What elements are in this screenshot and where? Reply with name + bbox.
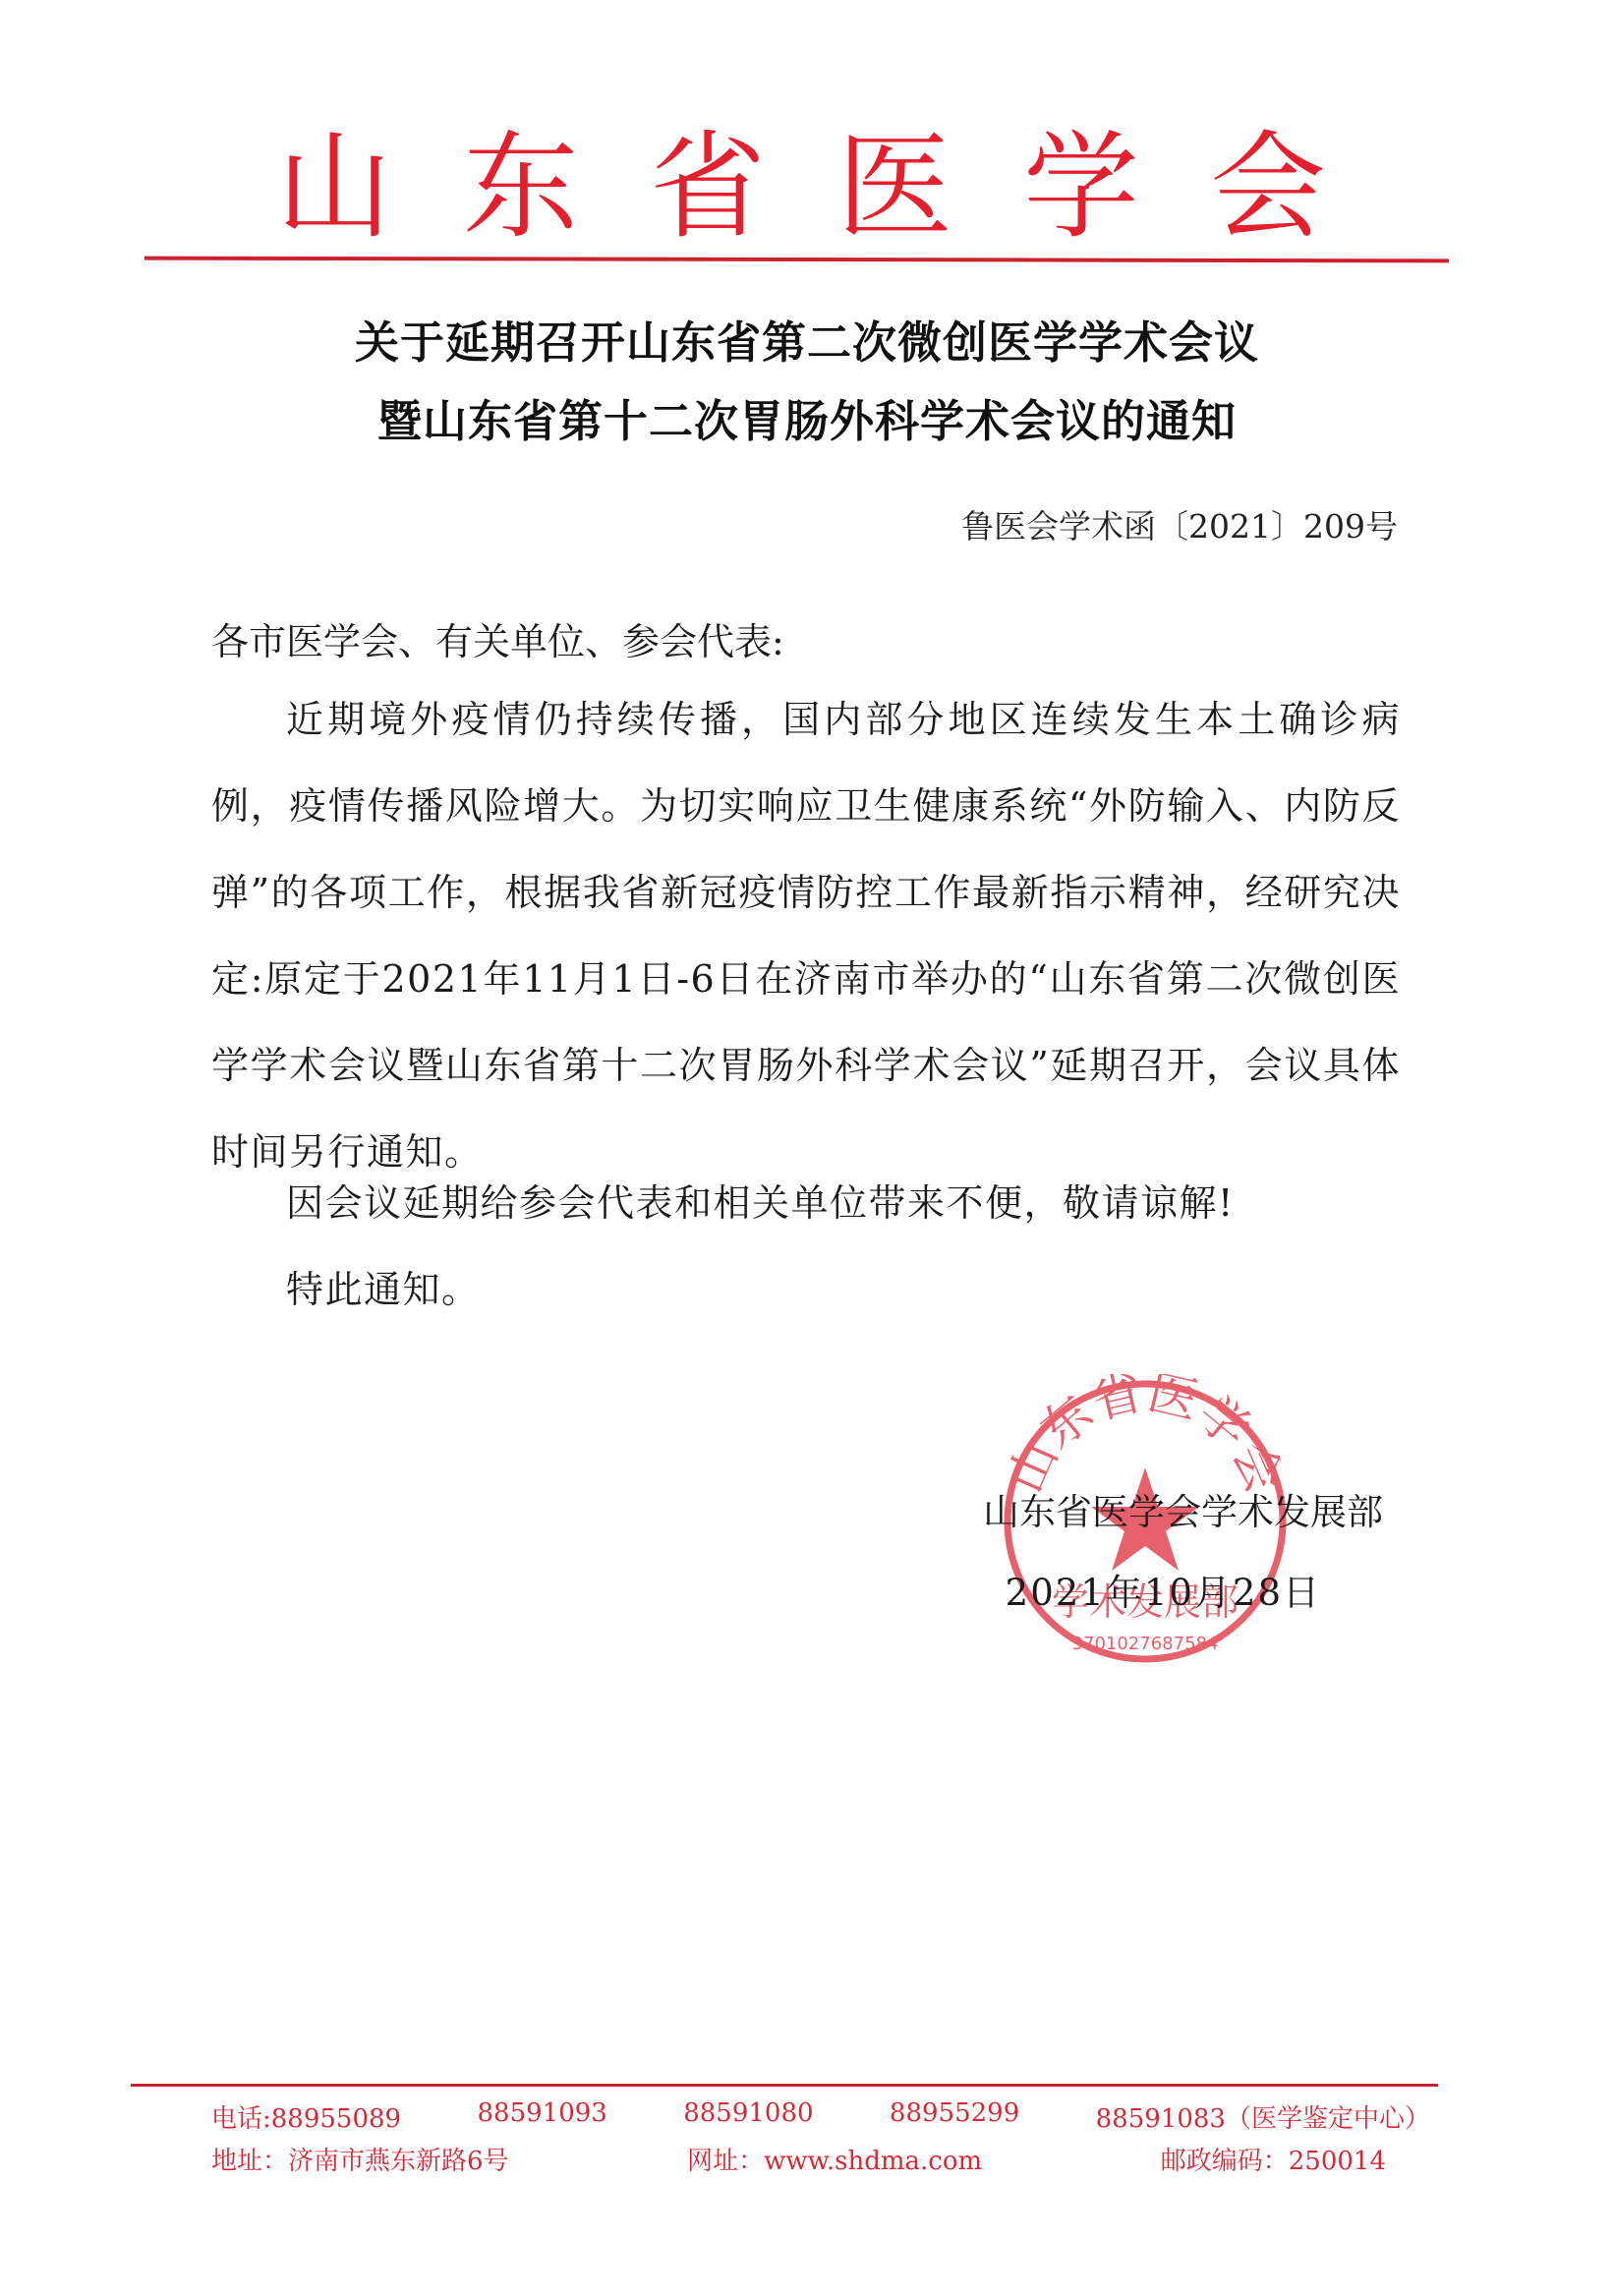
letterhead-org-name: 山东省医学会 [0,118,1614,256]
seal-code: 3701027687584 [1072,1634,1219,1654]
phone-number: 88955089 [271,2104,401,2134]
letterhead-divider [144,257,1449,263]
phone-number: 88591083（医学鉴定中心） [1096,2098,1430,2135]
footer-contact: 地址：济南市燕东新路6号 网址：www.shdma.com 邮政编码：25001… [211,2141,1430,2177]
footer-divider [131,2084,1438,2087]
issue-date: 2021年10月28日 [1006,1563,1321,1616]
footer-postcode: 邮政编码：250014 [1161,2141,1430,2177]
footer-website: 网址：www.shdma.com [687,2141,982,2177]
phone-number: 88591093 [477,2098,606,2135]
issuer-signature: 山东省医学会学术发展部 [983,1482,1383,1535]
phone-number: 88955299 [890,2098,1019,2135]
body-paragraph-closing: 特此通知。 [211,1246,1401,1333]
notice-title-line1: 关于延期召开山东省第二次微创医学学术会议 [0,307,1614,371]
notice-title-line2: 暨山东省第十二次胃肠外科学术会议的通知 [0,385,1614,449]
footer-phones: 电话:88955089 88591093 88591080 88955299 8… [211,2098,1430,2135]
phone-label: 电话: [211,2104,271,2134]
phone-number: 88591080 [683,2098,813,2135]
body-paragraph-apology: 因会议延期给参会代表和相关单位带来不便，敬请谅解! [211,1160,1401,1246]
body-paragraph-main: 近期境外疫情仍持续传播，国内部分地区连续发生本土确诊病例，疫情传播风险增大。为切… [211,676,1401,1195]
salutation: 各市医学会、有关单位、参会代表: [211,611,1401,665]
document-number: 鲁医会学术函〔2021〕209号 [961,501,1398,547]
footer-address: 地址：济南市燕东新路6号 [211,2141,509,2177]
